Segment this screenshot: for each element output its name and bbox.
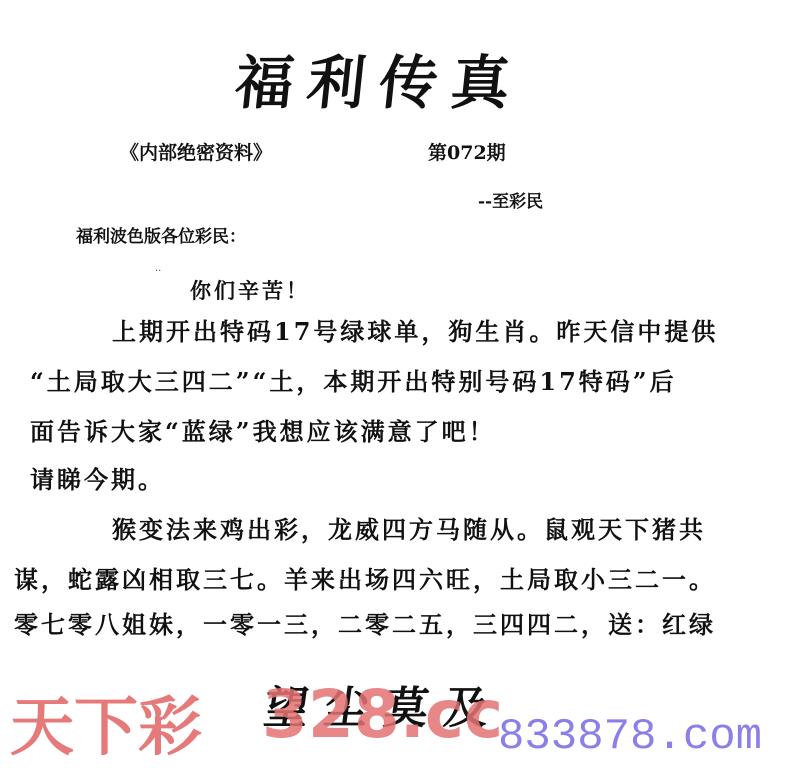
decorative-dots: ·· bbox=[155, 266, 161, 277]
paragraph2-line2: 谋，蛇露凶相取三七。羊来出场四六旺，土局取小三二一。 bbox=[14, 560, 716, 595]
attribution: --至彩民 bbox=[478, 187, 543, 212]
paragraph1-line4: 请睇今期。 bbox=[30, 460, 165, 495]
watermark-domain-blue: 833878.com bbox=[498, 712, 762, 762]
paragraph1-line1: 上期开出特码17号绿球单，狗生肖。昨天信中提供 bbox=[112, 312, 718, 347]
issue-number: 第072期 bbox=[428, 138, 506, 165]
paragraph2-line3: 零七零八姐妹，一零一三，二零二五，三四四二，送：红绿 bbox=[14, 605, 716, 640]
watermark-brand: 天下彩 bbox=[10, 676, 202, 768]
watermark-domain-red: 328.cc bbox=[262, 676, 503, 753]
salutation: 福利波色版各位彩民： bbox=[76, 222, 246, 247]
greeting: 你们辛苦！ bbox=[190, 275, 310, 305]
confidential-label: 《内部绝密资料》 bbox=[120, 138, 272, 165]
paragraph1-line3: 面告诉大家“蓝绿”我想应该满意了吧！ bbox=[30, 412, 496, 447]
paragraph1-line2: “土局取大三四二”“土，本期开出特别号码17特码”后 bbox=[30, 362, 677, 397]
paragraph2-line1: 猴变法来鸡出彩，龙威四方马随从。鼠观天下猪共 bbox=[112, 510, 706, 545]
document-title: 福利传真 bbox=[232, 36, 529, 120]
